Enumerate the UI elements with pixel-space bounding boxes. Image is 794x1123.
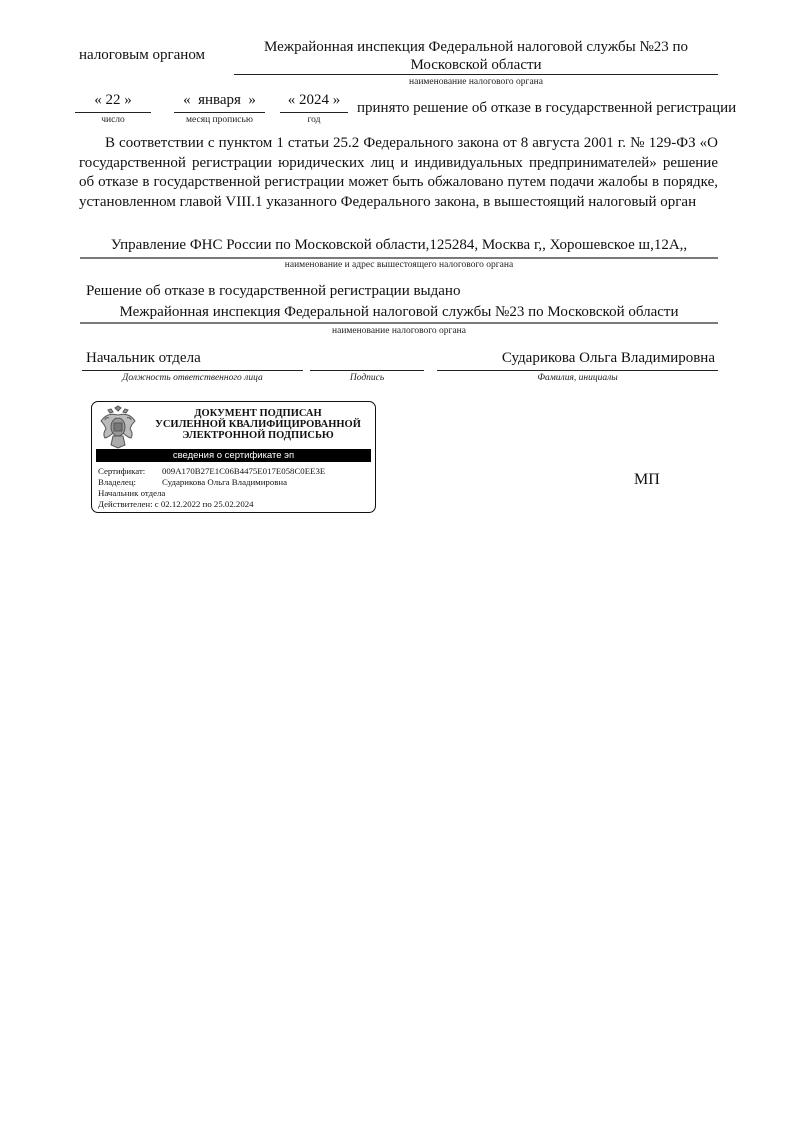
certificate-value: 009A170B27E1C06B4475E017E058C0EE3E bbox=[162, 466, 325, 476]
certificate-label: Сертификат: bbox=[98, 466, 162, 476]
owner-position: Начальник отдела bbox=[98, 488, 165, 498]
signature-caption: Подпись bbox=[310, 373, 424, 384]
validity-value: с 02.12.2022 по 25.02.2024 bbox=[155, 499, 254, 509]
issuer-underline bbox=[234, 74, 718, 75]
signature-underline bbox=[310, 370, 424, 371]
signatory-name: Сударикова Ольга Владимировна bbox=[502, 349, 715, 367]
e-signature-stamp: ДОКУМЕНТ ПОДПИСАН УСИЛЕННОЙ КВАЛИФИЦИРОВ… bbox=[91, 401, 376, 513]
russian-coat-of-arms-icon bbox=[97, 405, 139, 449]
issued-by-caption: наименование налогового органа bbox=[80, 326, 718, 337]
superior-authority-value: Управление ФНС России по Московской обла… bbox=[80, 236, 718, 254]
issued-by-value: Межрайонная инспекция Федеральной налого… bbox=[80, 303, 718, 321]
issuer-label: налоговым органом bbox=[79, 46, 205, 64]
owner-label: Владелец: bbox=[98, 477, 162, 487]
stamp-title-line-2: УСИЛЕННОЙ КВАЛИФИЦИРОВАННОЙ bbox=[142, 419, 374, 430]
issued-by-label: Решение об отказе в государственной реги… bbox=[86, 282, 460, 300]
certificate-info-bar: сведения о сертификате эп bbox=[96, 449, 371, 462]
position-underline bbox=[82, 370, 303, 371]
certificate-row: Сертификат:009A170B27E1C06B4475E017E058C… bbox=[98, 466, 325, 476]
date-month-caption: месяц прописью bbox=[174, 115, 265, 126]
stamp-title-line-1: ДОКУМЕНТ ПОДПИСАН bbox=[142, 408, 374, 419]
position-caption: Должность ответственного лица bbox=[82, 373, 303, 384]
date-day-underline bbox=[75, 112, 151, 113]
issuer-name: Межрайонная инспекция Федеральной налого… bbox=[234, 38, 718, 74]
date-year-caption: год bbox=[280, 115, 348, 126]
decision-statement: принято решение об отказе в государствен… bbox=[357, 99, 736, 117]
date-month-underline bbox=[174, 112, 265, 113]
appeal-paragraph-text: В соответствии с пунктом 1 статьи 25.2 Ф… bbox=[79, 134, 718, 212]
owner-value: Сударикова Ольга Владимировна bbox=[162, 477, 287, 487]
stamp-title: ДОКУМЕНТ ПОДПИСАН УСИЛЕННОЙ КВАЛИФИЦИРОВ… bbox=[142, 408, 374, 441]
date-day: « 22 » bbox=[75, 91, 151, 109]
superior-authority-underline bbox=[80, 257, 718, 259]
appeal-paragraph: В соответствии с пунктом 1 статьи 25.2 Ф… bbox=[79, 134, 718, 212]
name-caption: Фамилия, инициалы bbox=[437, 373, 718, 384]
date-year-underline bbox=[280, 112, 348, 113]
superior-authority-caption: наименование и адрес вышестоящего налого… bbox=[80, 260, 718, 271]
signatory-position: Начальник отдела bbox=[86, 349, 201, 367]
owner-row: Владелец:Сударикова Ольга Владимировна bbox=[98, 477, 287, 487]
date-year: « 2024 » bbox=[280, 91, 348, 109]
name-underline bbox=[437, 370, 718, 371]
issuer-caption: наименование налогового органа bbox=[234, 77, 718, 88]
seal-mark: МП bbox=[634, 471, 660, 489]
date-month: « января » bbox=[174, 91, 265, 109]
date-day-caption: число bbox=[75, 115, 151, 126]
validity-label: Действителен: bbox=[98, 499, 153, 509]
issued-by-underline bbox=[80, 322, 718, 324]
stamp-title-line-3: ЭЛЕКТРОННОЙ ПОДПИСЬЮ bbox=[142, 430, 374, 441]
validity-row: Действителен: с 02.12.2022 по 25.02.2024 bbox=[98, 499, 254, 509]
